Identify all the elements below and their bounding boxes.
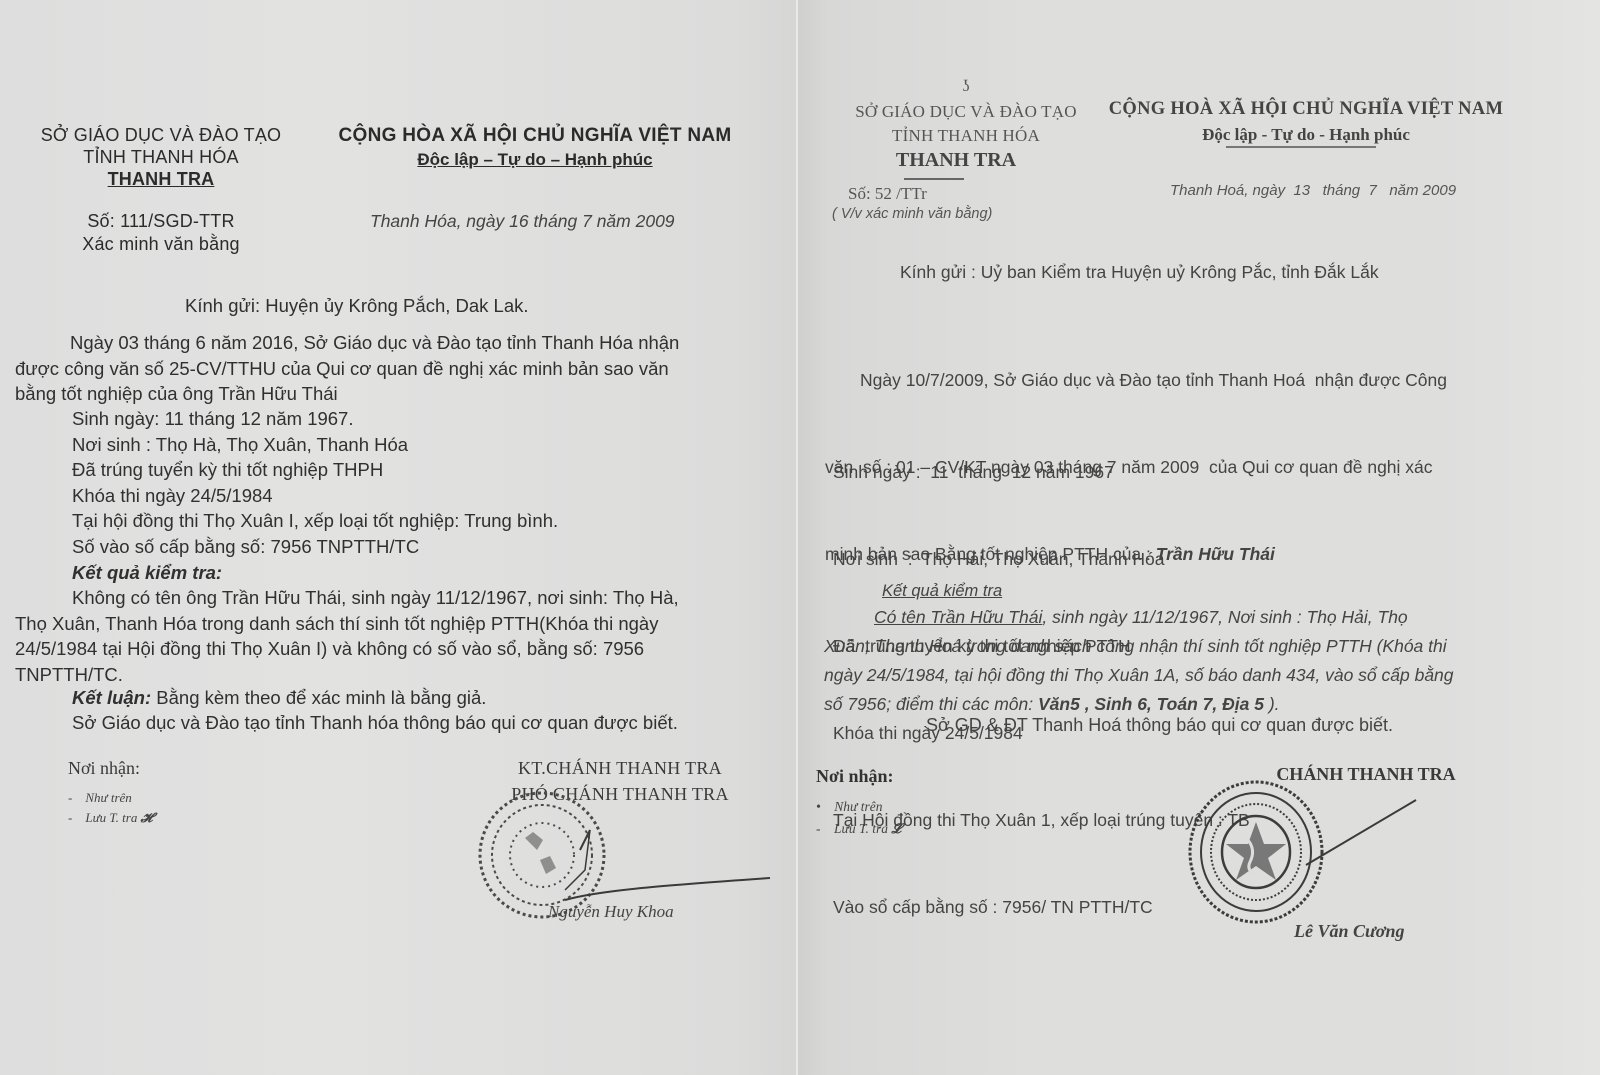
- recipient-item: - Như trên: [68, 788, 152, 808]
- signer-name: Nguyễn Huy Khoa: [548, 902, 674, 922]
- recipients-label: Nơi nhận:: [68, 758, 140, 779]
- recipients-list: • Như trên - Lưu T. tra 𝓛: [816, 796, 901, 840]
- details-list: Sinh ngày: 11 tháng 12 năm 1967. Nơi sin…: [72, 406, 558, 559]
- intro-line: được công văn số 25-CV/TTHU của Qui cơ q…: [15, 356, 679, 382]
- doc-number: Số: 52 /TTr: [848, 184, 927, 204]
- detail-birthdate: Sinh ngày : 11 tháng 12 năm 1967: [833, 458, 1250, 487]
- notice-line: Sở GD & ĐT Thanh Hoá thông báo qui cơ qu…: [926, 711, 1393, 740]
- agency-line3: THANH TRA: [22, 168, 300, 190]
- result-line: Xuân, Thanh Hoá trong danh sách công nhậ…: [824, 632, 1454, 661]
- signer-title-1: KT.CHÁNH THANH TRA: [470, 755, 770, 781]
- official-stamp-icon: [1186, 770, 1486, 940]
- detail-exam: Đã trúng tuyển kỳ thi tốt nghiệp THPH: [72, 457, 558, 483]
- recipients-label: Nơi nhận:: [816, 766, 894, 787]
- doc-subject: ( V/v xác minh văn bằng): [832, 206, 992, 222]
- result-line: ngày 24/5/1984, tại hội đồng thi Thọ Xuâ…: [824, 661, 1454, 690]
- national-motto: Độc lập – Tự do – Hạnh phúc: [330, 148, 740, 172]
- result-heading: Kết quả kiểm tra:: [72, 560, 222, 586]
- detail-council: Tại hội đồng thi Thọ Xuân I, xếp loại tố…: [72, 508, 558, 534]
- doc-subject: Xác minh văn bằng: [22, 233, 300, 256]
- signer-name: Lê Văn Cương: [1294, 921, 1404, 942]
- intro-paragraph: Ngày 03 tháng 6 năm 2016, Sở Giáo dục và…: [15, 330, 679, 407]
- result-line: Thọ Xuân, Thanh Hóa trong danh sách thí …: [15, 611, 679, 637]
- national-header: CỘNG HOÀ XÃ HỘI CHỦ NGHĨA VIỆT NAM Độc l…: [1096, 97, 1516, 147]
- result-paragraph: Có tên Trần Hữu Thái, sinh ngày 11/12/19…: [824, 603, 1454, 719]
- result-line: 24/5/1984 tại Hội đồng thi Thọ Xuân I) v…: [15, 636, 679, 662]
- national-header: CỘNG HÒA XÃ HỘI CHỦ NGHĨA VIỆT NAM Độc l…: [330, 124, 740, 172]
- recipients-list: - Như trên - Lưu T. tra 𝓗: [68, 788, 152, 828]
- national-motto: Độc lập - Tự do - Hạnh phúc: [1096, 122, 1516, 147]
- notice-line: Sở Giáo dục và Đào tạo tỉnh Thanh hóa th…: [72, 710, 678, 736]
- detail-birthdate: Sinh ngày: 11 tháng 12 năm 1967.: [72, 406, 558, 432]
- result-heading: Kết quả kiểm tra: [882, 577, 1002, 606]
- recipient-item: - Lưu T. tra 𝓛: [816, 818, 901, 840]
- conclusion: Kết luận: Bằng kèm theo để xác minh là b…: [72, 685, 486, 711]
- recipient-line: Kính gửi : Uỷ ban Kiểm tra Huyện uỷ Krôn…: [900, 258, 1379, 287]
- agency-header: SỞ GIÁO DỤC VÀ ĐÀO TẠO TỈNH THANH HÓA: [826, 100, 1106, 148]
- agency-header: SỞ GIÁO DỤC VÀ ĐÀO TẠO TỈNH THANH HÓA TH…: [22, 124, 300, 190]
- ink-mark: ʖ: [826, 78, 1106, 96]
- detail-exam-date: Khóa thi ngày 24/5/1984: [72, 483, 558, 509]
- recipient-line: Kính gửi: Huyện ủy Krông Pắch, Dak Lak.: [185, 293, 529, 319]
- doc-number: Số: 111/SGD-TTR: [22, 210, 300, 233]
- result-line: TNPTTH/TC.: [15, 662, 679, 688]
- recipient-item: • Như trên: [816, 796, 901, 818]
- document-left-fake-verification: SỞ GIÁO DỤC VÀ ĐÀO TẠO TỈNH THANH HÓA TH…: [0, 0, 796, 1075]
- agency-line1: SỞ GIÁO DỤC VÀ ĐÀO TẠO: [22, 124, 300, 146]
- result-line: Có tên Trần Hữu Thái, sinh ngày 11/12/19…: [824, 603, 1454, 632]
- document-right-genuine-verification: ʖ SỞ GIÁO DỤC VÀ ĐÀO TẠO TỈNH THANH HÓA …: [796, 0, 1600, 1075]
- divider: [904, 178, 964, 180]
- agency-line2: TỈNH THANH HÓA: [22, 146, 300, 168]
- official-stamp-icon: [470, 790, 790, 950]
- date-line: Thanh Hóa, ngày 16 tháng 7 năm 2009: [370, 211, 675, 232]
- result-found: Có tên Trần Hữu Thái: [874, 607, 1042, 627]
- detail-cert-number: Số vào số cấp bằng số: 7956 TNPTTH/TC: [72, 534, 558, 560]
- agency-line2: TỈNH THANH HÓA: [826, 124, 1106, 148]
- conclusion-text: Bằng kèm theo để xác minh là bằng giả.: [151, 687, 486, 708]
- detail-birthplace: Nơi sinh : Thọ Hải, Thọ Xuân, Thanh Hóa: [833, 545, 1250, 574]
- result-line: Không có tên ông Trần Hữu Thái, sinh ngà…: [15, 585, 679, 611]
- intro-line: Ngày 03 tháng 6 năm 2016, Sở Giáo dục và…: [15, 330, 679, 356]
- doc-number-block: Số: 111/SGD-TTR Xác minh văn bằng: [22, 210, 300, 256]
- conclusion-label: Kết luận:: [72, 687, 151, 708]
- intro-line: bằng tốt nghiệp của ông Trần Hữu Thái: [15, 381, 679, 407]
- agency-line3: THANH TRA: [826, 149, 1086, 172]
- result-paragraph: Không có tên ông Trần Hữu Thái, sinh ngà…: [15, 585, 679, 687]
- recipient-item: - Lưu T. tra 𝓗: [68, 808, 152, 828]
- national-title: CỘNG HÒA XÃ HỘI CHỦ NGHĨA VIỆT NAM: [330, 124, 740, 148]
- divider: [1226, 146, 1376, 148]
- intro-line: Ngày 10/7/2009, Sở Giáo dục và Đào tạo t…: [825, 366, 1447, 395]
- agency-line1: SỞ GIÁO DỤC VÀ ĐÀO TẠO: [826, 100, 1106, 124]
- national-title: CỘNG HOÀ XÃ HỘI CHỦ NGHĨA VIỆT NAM: [1096, 97, 1516, 122]
- detail-birthplace: Nơi sinh : Thọ Hà, Thọ Xuân, Thanh Hóa: [72, 432, 558, 458]
- date-line: Thanh Hoá, ngày 13 tháng 7 năm 2009: [1170, 182, 1456, 199]
